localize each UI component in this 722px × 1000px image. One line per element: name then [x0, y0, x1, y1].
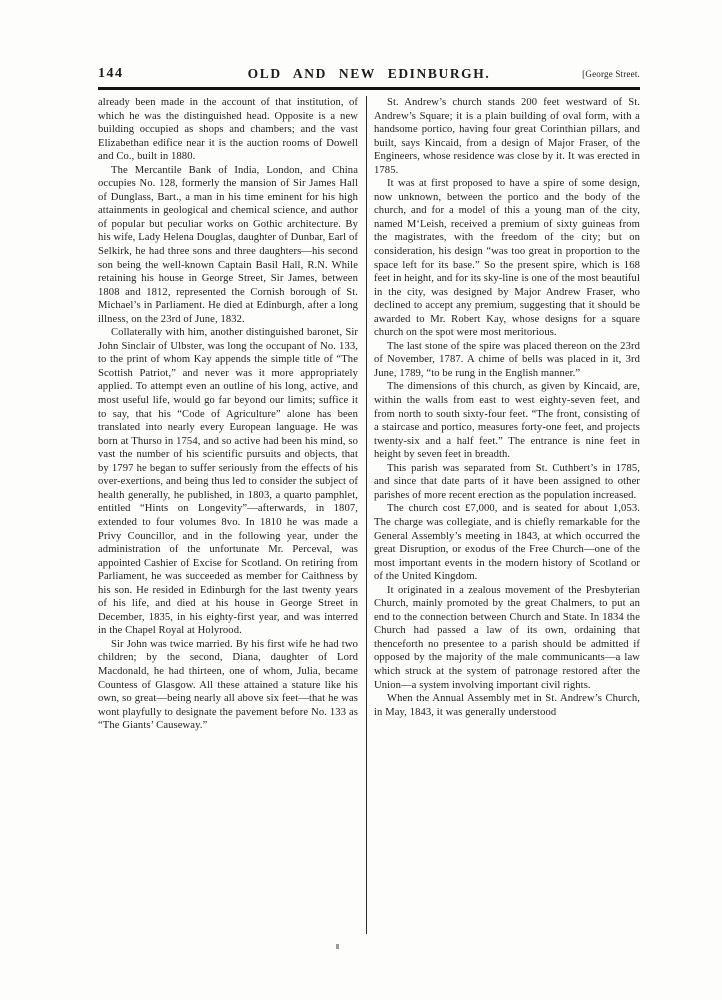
paragraph: When the Annual Assembly met in St. Andr… — [374, 692, 640, 719]
column-divider-rule — [366, 96, 367, 934]
running-title: OLD AND NEW EDINBURGH. — [98, 66, 640, 82]
paragraph: The last stone of the spire was placed t… — [374, 340, 640, 381]
scan-speck — [336, 944, 339, 949]
right-column: St. Andrew’s church stands 200 feet west… — [374, 96, 640, 934]
book-page: 144 OLD AND NEW EDINBURGH. [George Stree… — [0, 0, 722, 1000]
paragraph: The Mercantile Bank of India, London, an… — [98, 164, 358, 327]
paragraph: It originated in a zealous movement of t… — [374, 584, 640, 692]
paragraph: already been made in the account of that… — [98, 96, 358, 164]
paragraph: St. Andrew’s church stands 200 feet west… — [374, 96, 640, 177]
paragraph: This parish was separated from St. Cuthb… — [374, 462, 640, 503]
paragraph: Collaterally with him, another distingui… — [98, 326, 358, 638]
header-rule — [98, 87, 640, 90]
paragraph: It was at first proposed to have a spire… — [374, 177, 640, 340]
page-header: 144 OLD AND NEW EDINBURGH. [George Stree… — [98, 66, 640, 82]
paragraph: Sir John was twice married. By his first… — [98, 638, 358, 733]
paragraph: The dimensions of this church, as given … — [374, 380, 640, 461]
text-columns: already been made in the account of that… — [98, 96, 640, 934]
paragraph: The church cost £7,000, and is seated fo… — [374, 502, 640, 583]
left-column: already been made in the account of that… — [98, 96, 358, 934]
